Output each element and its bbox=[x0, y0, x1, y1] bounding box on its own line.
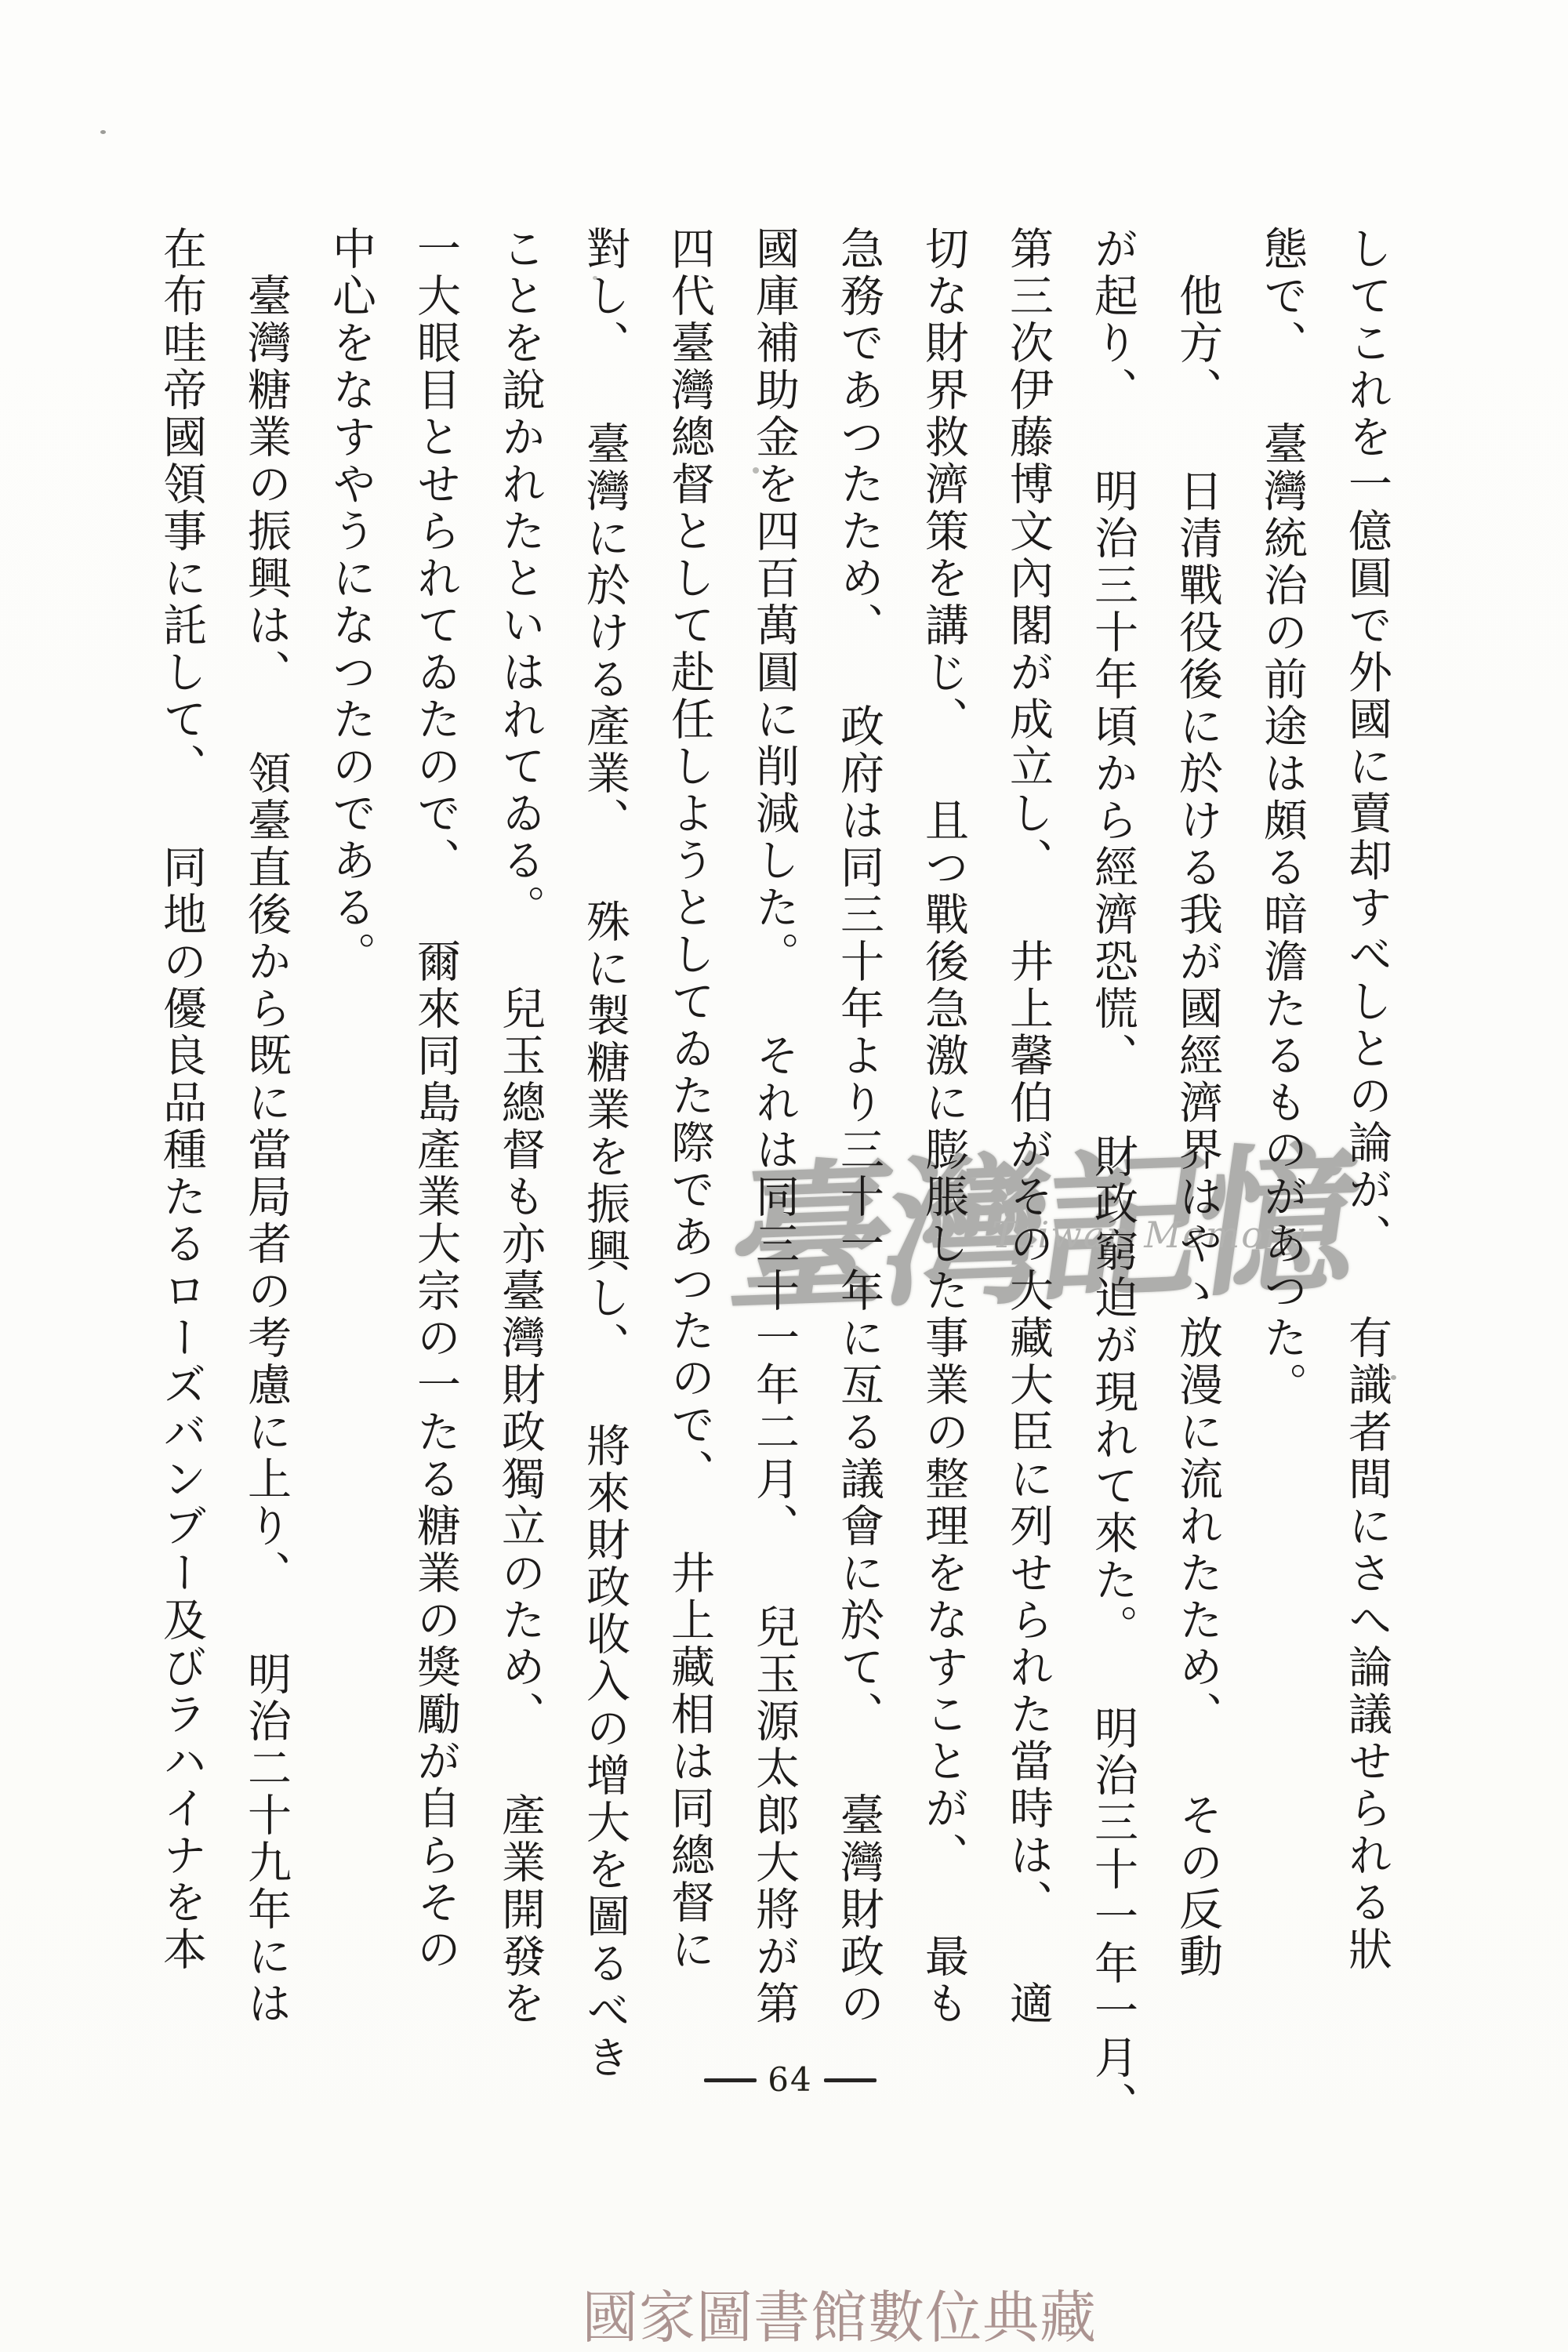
text-column-6: 切な財界救濟策を講じ、 且つ戰後急激に膨脹した事業の整理をなすことが、 最も bbox=[901, 226, 985, 2016]
page-number: 64 bbox=[768, 2063, 812, 2096]
text-column-7: 急務であつたため、 政府は同三十年より三十一年に亙る議會に於て、 臺灣財政の bbox=[816, 226, 901, 2016]
text-column-14: 臺灣糖業の振興は、 領臺直後から既に當局者の考慮に上り、 明治二十九年には bbox=[223, 226, 308, 2016]
footer-rule-left bbox=[704, 2078, 757, 2082]
text-column-10: 對し、 臺灣に於ける產業、 殊に製糖業を振興し、 將來財政收入の增大を圖るべき bbox=[562, 226, 647, 2016]
text-column-3: 他方、 日清戰役後に於ける我が國經濟界はやゝ放漫に流れたため、 その反動 bbox=[1155, 226, 1240, 2016]
body-text-block: してこれを一億圓で外國に賣却すべしとの論が、 有識者間にさへ論議せられる狀 態で… bbox=[139, 226, 1409, 2016]
text-column-11: ことを說かれたといはれてゐる。 兒玉總督も亦臺灣財政獨立のため、 產業開發を bbox=[477, 226, 562, 2016]
text-column-2: 態で、 臺灣統治の前途は頗る暗澹たるものがあつた。 bbox=[1240, 226, 1324, 2016]
scanned-document-page: 臺灣記憶 Taiwan Memory してこれを一億圓で外國に賣却すべしとの論が… bbox=[0, 0, 1568, 2352]
text-column-8: 國庫補助金を四百萬圓に削減した。 それは同三十一年二月、 兒玉源太郎大將が第 bbox=[731, 226, 816, 2016]
library-stamp: 國家圖書館數位典藏 bbox=[582, 2286, 1097, 2350]
text-column-12: 一大眼目とせられてゐたので、 爾來同島產業大宗の一たる糖業の獎勵が自らその bbox=[393, 226, 477, 2016]
text-column-4: が起り、 明治三十年頃から經濟恐慌、 財政窮迫が現れて來た。 明治三十一年一月、 bbox=[1070, 226, 1155, 2016]
text-column-13: 中心をなすやうになつたのである。 bbox=[308, 226, 393, 2016]
text-column-5: 第三次伊藤博文內閣が成立し、 井上馨伯がその大藏大臣に列せられた當時は、 適 bbox=[985, 226, 1070, 2016]
text-column-15: 在布哇帝國領事に託して、 同地の優良品種たるローズバンブー及びラハイナを本 bbox=[139, 226, 223, 2016]
footer-rule-right bbox=[824, 2078, 877, 2082]
page-footer: 64 bbox=[704, 2060, 877, 2100]
text-column-9: 四代臺灣總督として赴任しようとしてゐた際であつたので、 井上藏相は同總督に bbox=[647, 226, 731, 2016]
scan-speck bbox=[100, 130, 106, 134]
text-column-1: してこれを一億圓で外國に賣却すべしとの論が、 有識者間にさへ論議せられる狀 bbox=[1324, 226, 1409, 2016]
